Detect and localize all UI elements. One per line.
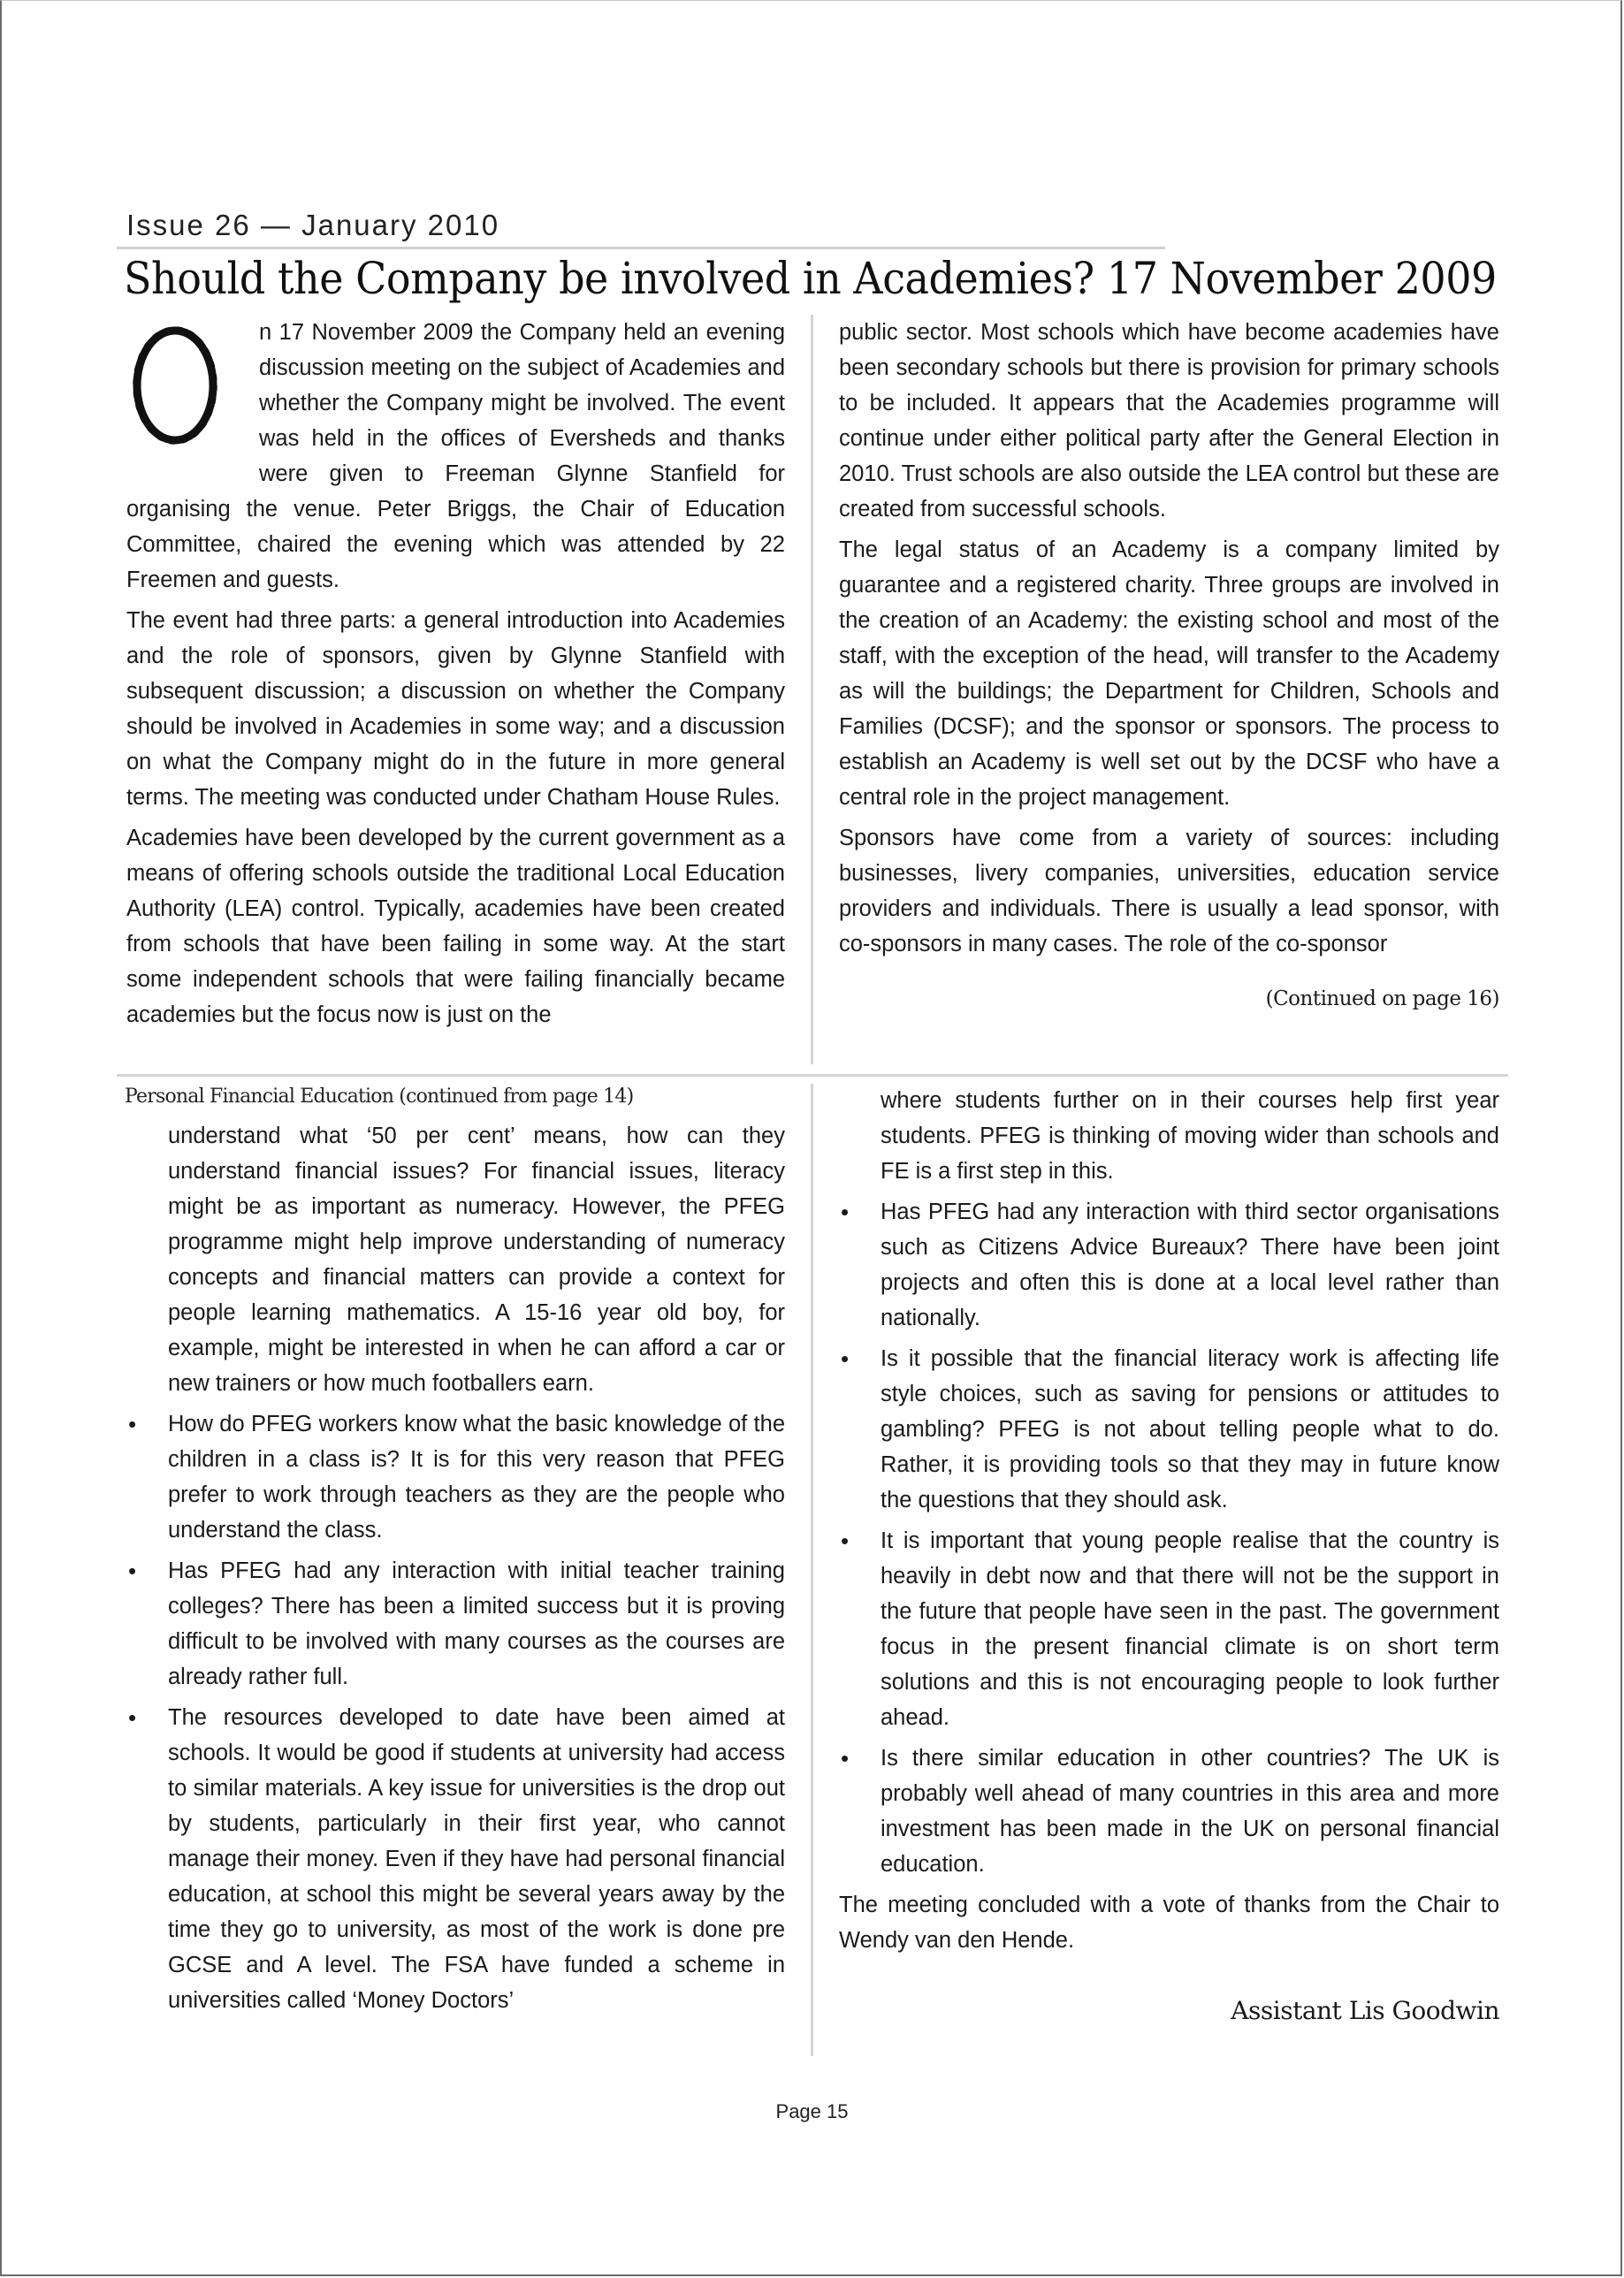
paragraph: Sponsors have come from a variety of sou… [839,820,1499,962]
pfe-left-column: understand what ‘50 per cent’ means, how… [126,1118,785,2023]
bullet-list: •How do PFEG workers know what the basic… [126,1406,785,2018]
column-divider-top [811,315,813,1064]
bullet-icon: • [841,1341,849,1376]
bullet-icon: • [841,1194,849,1230]
continued-on-note: (Continued on page 16) [839,981,1499,1017]
paragraph: The legal status of an Academy is a comp… [839,532,1499,815]
section-divider [117,1074,1508,1077]
continued-from-heading: Personal Financial Education (continued … [125,1086,633,1108]
article-right-column: public sector. Most schools which have b… [839,315,1499,1017]
list-item: •How do PFEG workers know what the basic… [126,1406,785,1548]
author-signature: Assistant Lis Goodwin [839,1993,1499,2029]
bullet-icon: • [128,1406,136,1442]
drop-cap-o [126,318,250,460]
pfe-right-column: where students further on in their cours… [839,1083,1499,2029]
page-number: Page 15 [0,2100,1624,2123]
header-rule [117,247,1165,249]
list-item: •The resources developed to date have be… [126,1700,785,2018]
list-item: •Has PFEG had any interaction with initi… [126,1553,785,1695]
bullet-icon: • [128,1700,136,1735]
drop-cap-ring-icon [126,318,224,451]
article-title: Should the Company be involved in Academ… [124,253,1474,304]
paragraph: Academies have been developed by the cur… [126,820,785,1032]
article-left-column: n 17 November 2009 the Company held an e… [126,315,785,1038]
closing-paragraph: The meeting concluded with a vote of tha… [839,1887,1499,1958]
column-divider-bottom [811,1084,813,2056]
paragraph: where students further on in their cours… [839,1083,1499,1189]
paragraph: public sector. Most schools which have b… [839,315,1499,527]
paragraph: understand what ‘50 per cent’ means, how… [126,1118,785,1401]
list-item: •It is important that young people reali… [839,1523,1499,1735]
list-item: •Is it possible that the financial liter… [839,1341,1499,1518]
bullet-icon: • [841,1741,849,1776]
list-item: •Is there similar education in other cou… [839,1741,1499,1882]
issue-line: Issue 26 — January 2010 [126,209,499,242]
bullet-icon: • [841,1523,849,1558]
bullet-icon: • [128,1553,136,1589]
list-item: •Has PFEG had any interaction with third… [839,1194,1499,1336]
paragraph: The event had three parts: a general int… [126,603,785,815]
bullet-list: •Has PFEG had any interaction with third… [839,1194,1499,1882]
